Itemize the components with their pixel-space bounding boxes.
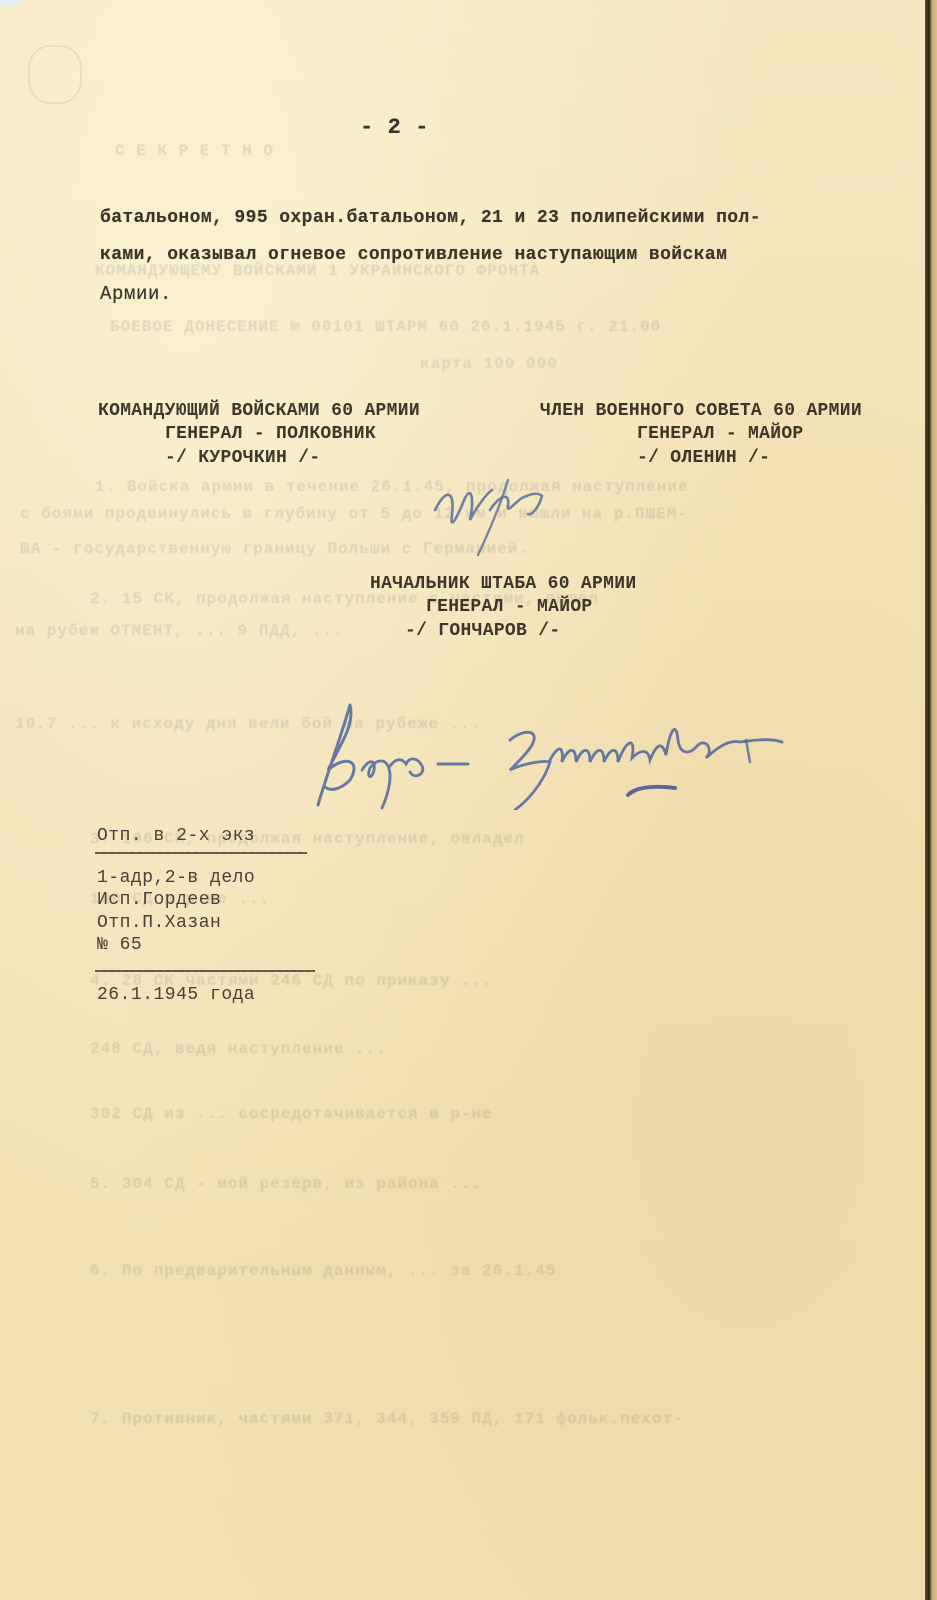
bleed-line: на рубеж ОТМЕНТ, ... 9 ПДД, ... bbox=[15, 622, 344, 640]
body-line: батальоном, 995 охран.батальоном, 21 и 2… bbox=[100, 208, 761, 228]
bleed-line: 6. По предварительным данным, ... за 26.… bbox=[90, 1262, 556, 1280]
bleed-line: с боями продвинулись в глубину от 5 до 1… bbox=[20, 505, 688, 523]
chief-of-staff-rank: ГЕНЕРАЛ - МАЙОР bbox=[426, 597, 593, 617]
divider bbox=[95, 970, 315, 972]
bleed-line: карта 100 000 bbox=[420, 355, 558, 373]
chief-of-staff-name: -/ ГОНЧАРОВ /- bbox=[405, 621, 560, 641]
page-corner bbox=[0, 0, 22, 6]
body-line: Армии. bbox=[100, 283, 172, 305]
executor-note: Исп.Гордеев bbox=[97, 890, 221, 910]
body-line: ками, оказывал огневое сопротивление нас… bbox=[100, 245, 727, 265]
document-number: № 65 bbox=[97, 935, 142, 955]
bleed-line: С Е К Р Е Т Н О bbox=[115, 142, 274, 160]
council-member-title: ЧЛЕН ВОЕННОГО СОВЕТА 60 АРМИИ bbox=[540, 401, 862, 421]
distribution-note: 1-адр,2-в дело bbox=[97, 868, 255, 888]
bleed-line: 7. Противник, частями 371, 344, 359 ПД, … bbox=[90, 1410, 684, 1428]
bleed-line: ША - государственную границу Польши с Ге… bbox=[20, 540, 529, 558]
document-date: 26.1.1945 года bbox=[97, 985, 255, 1005]
bleed-line: БОЕВОЕ ДОНЕСЕНИЕ № 00101 ШТАРМ 60 26.1.1… bbox=[110, 318, 661, 336]
copies-note: Отп. в 2-х экз bbox=[97, 826, 255, 846]
bleed-line: 302 СД из ... сосредотачивается в р-не bbox=[90, 1105, 493, 1123]
council-member-name: -/ ОЛЕНИН /- bbox=[637, 448, 770, 468]
page-number: - 2 - bbox=[360, 115, 429, 140]
typist-note: Отп.П.Хазан bbox=[97, 913, 221, 933]
faded-stamp-mark bbox=[28, 45, 82, 104]
divider bbox=[95, 852, 307, 854]
bleed-line: 248 СД, ведя наступление ... bbox=[90, 1040, 387, 1058]
commander-title: КОМАНДУЮЩИЙ ВОЙСКАМИ 60 АРМИИ bbox=[98, 401, 420, 421]
bleed-line: 1. Войска армии в течение 26.1.45, продо… bbox=[95, 478, 689, 496]
reverse-side-show-through: С Е К Р Е Т Н О КОМАНДУЮЩЕМУ ВОЙСКАМИ 1 … bbox=[0, 0, 937, 1600]
handwritten-initials-signature bbox=[430, 470, 560, 560]
document-page: С Е К Р Е Т Н О КОМАНДУЮЩЕМУ ВОЙСКАМИ 1 … bbox=[0, 0, 937, 1600]
bleed-line: 5. 304 СД - мой резерв, из района ... bbox=[90, 1175, 482, 1193]
binding-edge bbox=[925, 0, 937, 1600]
bleed-line: 10.7 ... к исходу дня вели бой на рубеже… bbox=[15, 715, 481, 733]
chief-of-staff-title: НАЧАЛЬНИК ШТАБА 60 АРМИИ bbox=[370, 574, 636, 594]
commander-name: -/ КУРОЧКИН /- bbox=[165, 448, 320, 468]
council-member-rank: ГЕНЕРАЛ - МАЙОР bbox=[637, 424, 804, 444]
handwritten-verification-signature bbox=[310, 700, 800, 810]
commander-rank: ГЕНЕРАЛ - ПОЛКОВНИК bbox=[165, 424, 376, 444]
